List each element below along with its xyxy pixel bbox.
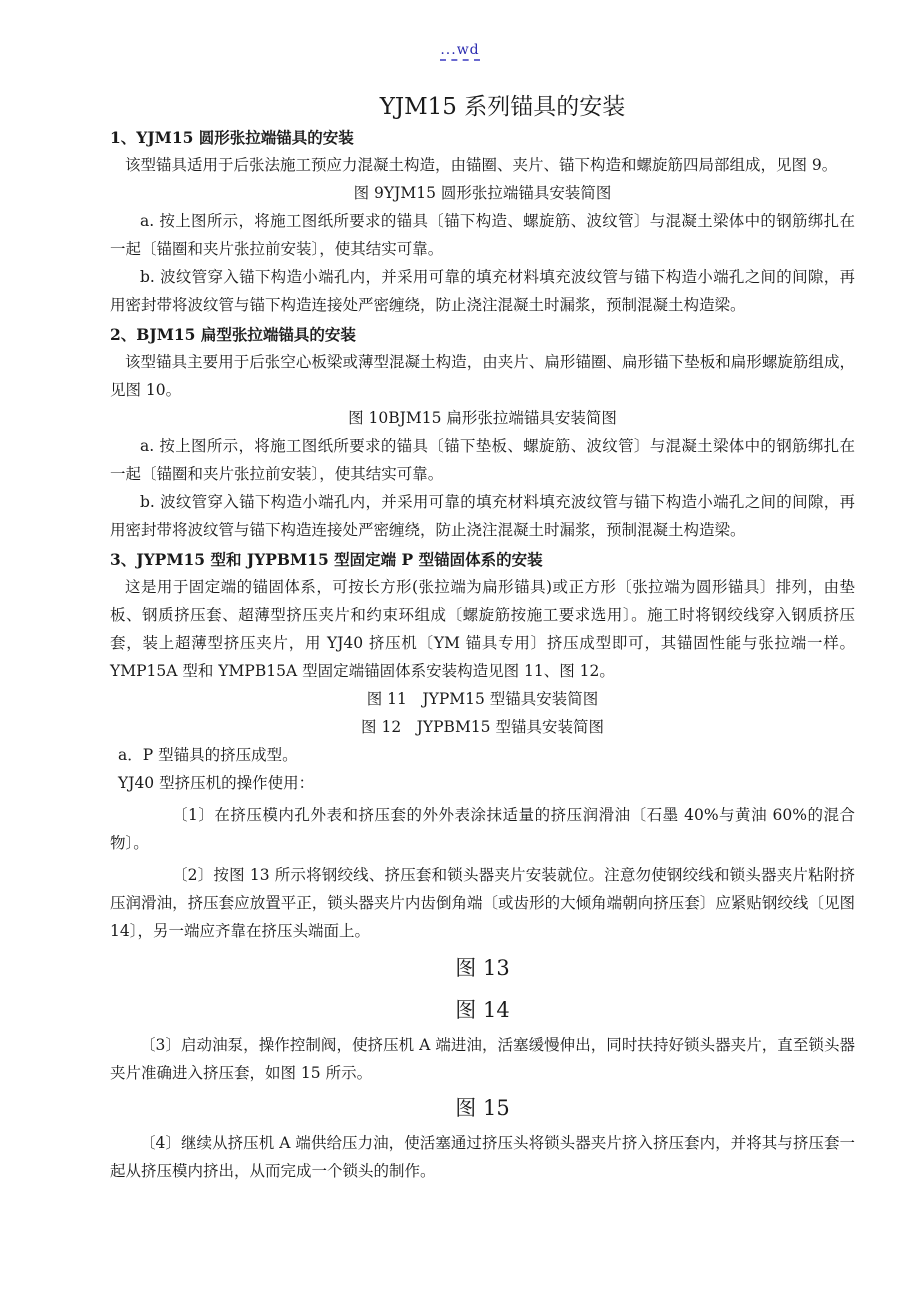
figure-9-caption: 图 9YJM15 圆形张拉端锚具安装简图 [110,179,855,207]
section-2-intro: 该型锚具主要用于后张空心板梁或薄型混凝土构造，由夹片、扁形锚圈、扁形锚下垫板和扁… [110,348,855,404]
figure-15-caption: 图 15 [110,1087,855,1129]
section-2-step-b: b. 波纹管穿入锚下构造小端孔内，并采用可靠的填充材料填充波纹管与锚下构造小端孔… [110,488,855,544]
step-2: 〔2〕按图 13 所示将钢绞线、挤压套和锁头器夹片安装就位。注意勿使钢绞线和锁头… [110,861,855,945]
section-2-step-a: a. 按上图所示，将施工图纸所要求的锚具〔锚下垫板、螺旋筋、波纹管〕与混凝土梁体… [110,432,855,488]
section-2-heading: 2、BJM15 扁型张拉端锚具的安装 [110,321,855,348]
step-4: 〔4〕继续从挤压机 A 端供给压力油，使活塞通过挤压头将锁头器夹片挤入挤压套内，… [110,1129,855,1185]
figure-11-caption: 图 11 JYPM15 型锚具安装简图 [110,685,855,713]
section-3-heading: 3、JYPM15 型和 JYPBM15 型固定端 P 型锚固体系的安装 [110,546,855,573]
figure-10-caption: 图 10BJM15 扁形张拉端锚具安装简图 [110,404,855,432]
header-mark: ...wd [0,42,920,58]
section-3-intro: 这是用于固定端的锚固体系，可按长方形(张拉端为扁形锚具)或正方形〔张拉端为圆形锚… [110,573,855,685]
section-1-step-b: b. 波纹管穿入锚下构造小端孔内，并采用可靠的填充材料填充波纹管与锚下构造小端孔… [110,263,855,319]
step-1: 〔1〕在挤压模内孔外表和挤压套的外外表涂抹适量的挤压润滑油〔石墨 40%与黄油 … [110,801,855,857]
step-3: 〔3〕启动油泵，操作控制阀，使挤压机 A 端进油，活塞缓慢伸出，同时扶持好锁头器… [110,1031,855,1087]
header-mark-text: ...wd [440,42,479,61]
section-1-step-a: a. 按上图所示，将施工图纸所要求的锚具〔锚下构造、螺旋筋、波纹管〕与混凝土梁体… [110,207,855,263]
section-1-heading: 1、YJM15 圆形张拉端锚具的安装 [110,124,855,151]
figure-12-caption: 图 12 JYPBM15 型锚具安装简图 [110,713,855,741]
figure-14-caption: 图 14 [110,989,855,1031]
section-3-sub-a: a．P 型锚具的挤压成型。 [110,741,855,769]
machine-title: YJ40 型挤压机的操作使用： [110,769,855,797]
section-1-intro: 该型锚具适用于后张法施工预应力混凝土构造，由锚圈、夹片、锚下构造和螺旋筋四局部组… [110,151,855,179]
page-title: YJM15 系列锚具的安装 [150,90,855,124]
figure-13-caption: 图 13 [110,947,855,989]
document-page: YJM15 系列锚具的安装 1、YJM15 圆形张拉端锚具的安装 该型锚具适用于… [110,90,855,1185]
